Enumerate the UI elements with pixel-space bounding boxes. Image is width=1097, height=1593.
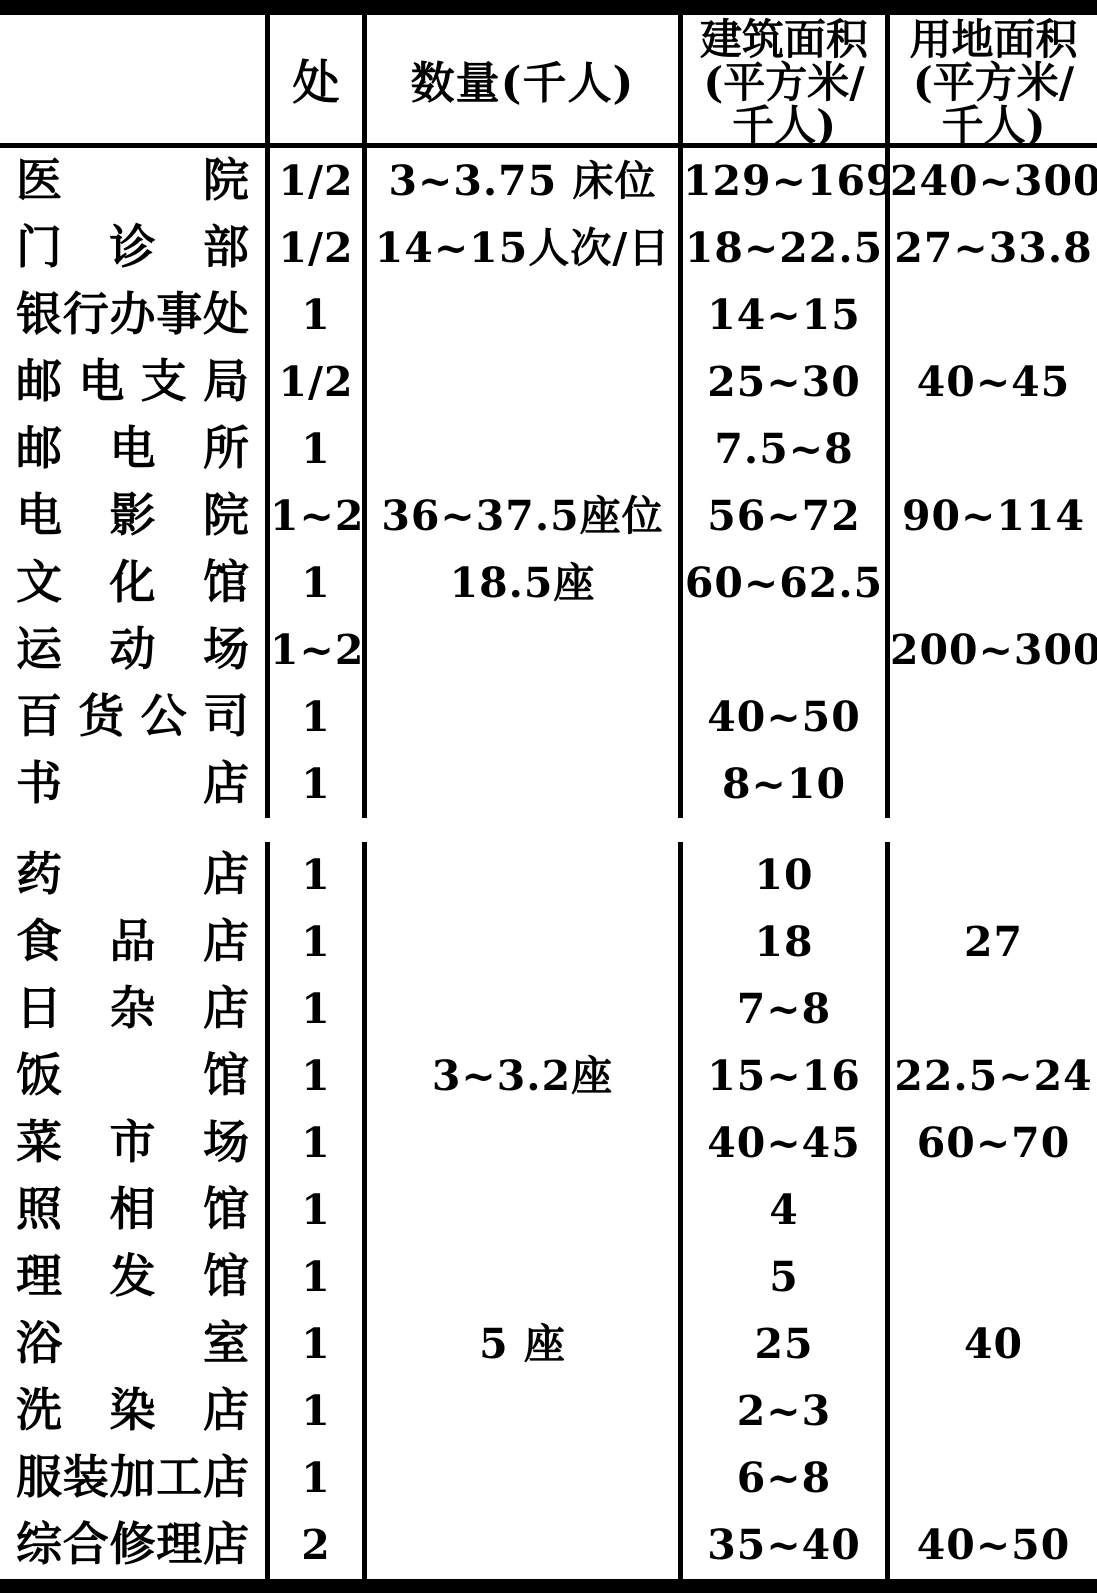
- cell-name: 食品店: [0, 909, 270, 976]
- header-count-column: 处: [270, 15, 367, 148]
- header-line: 千人): [890, 104, 1097, 147]
- cell-count: 1: [270, 1445, 367, 1512]
- cell-name: 医院: [0, 148, 270, 215]
- table-row: 文化馆118.5座60~62.5: [0, 550, 1097, 617]
- cell-name: 浴室: [0, 1311, 270, 1378]
- table-row: 照相馆14: [0, 1177, 1097, 1244]
- cell-name: 运动场: [0, 617, 270, 684]
- cell-land-area: [890, 282, 1097, 349]
- cell-land-area: 27: [890, 909, 1097, 976]
- cell-land-area: [890, 751, 1097, 818]
- cell-quantity: [367, 976, 683, 1043]
- cell-name: 电影院: [0, 483, 270, 550]
- cell-building-area: 7.5~8: [683, 416, 890, 483]
- cell-land-area: [890, 1445, 1097, 1512]
- cell-quantity: [367, 1378, 683, 1445]
- cell-land-area: 27~33.8: [890, 215, 1097, 282]
- cell-name: 邮电支局: [0, 349, 270, 416]
- cell-count: 1: [270, 1311, 367, 1378]
- cell-building-area: 18~22.5: [683, 215, 890, 282]
- cell-land-area: 40: [890, 1311, 1097, 1378]
- table-row: 书店18~10: [0, 751, 1097, 818]
- table-row: 服装加工店16~8: [0, 1445, 1097, 1512]
- cell-building-area: 5: [683, 1244, 890, 1311]
- cell-count: 1~2: [270, 483, 367, 550]
- table-row: 医院1/23~3.75 床位129~169240~300: [0, 148, 1097, 215]
- table-bottom-rule: [0, 1579, 1097, 1593]
- scanned-document-page: 处 数量(千人) 建筑面积 (平方米/ 千人) 用地面积 (平方米/ 千人) 医…: [0, 0, 1097, 1593]
- cell-land-area: 90~114: [890, 483, 1097, 550]
- header-land-area-column: 用地面积 (平方米/ 千人): [890, 15, 1097, 148]
- table-row: 银行办事处114~15: [0, 282, 1097, 349]
- cell-count: 1: [270, 416, 367, 483]
- cell-count: 1: [270, 1110, 367, 1177]
- cell-count: 1: [270, 1244, 367, 1311]
- cell-count: 1/2: [270, 349, 367, 416]
- cell-land-area: [890, 416, 1097, 483]
- cell-building-area: 25: [683, 1311, 890, 1378]
- cell-land-area: [890, 976, 1097, 1043]
- cell-quantity: 5 座: [367, 1311, 683, 1378]
- cell-building-area: 40~50: [683, 684, 890, 751]
- table-row: 邮电支局1/225~3040~45: [0, 349, 1097, 416]
- cell-name: 邮电所: [0, 416, 270, 483]
- header-line: 建筑面积: [683, 18, 885, 61]
- cell-name: 日杂店: [0, 976, 270, 1043]
- cell-land-area: [890, 1244, 1097, 1311]
- cell-name: 银行办事处: [0, 282, 270, 349]
- cell-count: 1: [270, 909, 367, 976]
- cell-name: 照相馆: [0, 1177, 270, 1244]
- table-row: 洗染店12~3: [0, 1378, 1097, 1445]
- cell-name: 理发馆: [0, 1244, 270, 1311]
- cell-building-area: 40~45: [683, 1110, 890, 1177]
- cell-name: 书店: [0, 751, 270, 818]
- cell-count: 1: [270, 550, 367, 617]
- cell-land-area: 240~300: [890, 148, 1097, 215]
- cell-building-area: 2~3: [683, 1378, 890, 1445]
- cell-quantity: [367, 684, 683, 751]
- cell-quantity: 14~15人次/日: [367, 215, 683, 282]
- cell-land-area: [890, 684, 1097, 751]
- table-section-lower: 药店110食品店11827日杂店17~8饭馆13~3.2座15~1622.5~2…: [0, 842, 1097, 1579]
- cell-building-area: [683, 617, 890, 684]
- cell-quantity: [367, 909, 683, 976]
- cell-land-area: [890, 550, 1097, 617]
- cell-count: 1: [270, 976, 367, 1043]
- cell-count: 1~2: [270, 617, 367, 684]
- cell-building-area: 14~15: [683, 282, 890, 349]
- cell-building-area: 56~72: [683, 483, 890, 550]
- table-row: 理发馆15: [0, 1244, 1097, 1311]
- cell-name: 菜市场: [0, 1110, 270, 1177]
- cell-quantity: 3~3.2座: [367, 1043, 683, 1110]
- cell-name: 门诊部: [0, 215, 270, 282]
- cell-quantity: [367, 282, 683, 349]
- cell-name: 服装加工店: [0, 1445, 270, 1512]
- cell-name: 文化馆: [0, 550, 270, 617]
- cell-building-area: 18: [683, 909, 890, 976]
- cell-quantity: [367, 1512, 683, 1579]
- cell-land-area: 40~50: [890, 1512, 1097, 1579]
- table-row: 菜市场140~4560~70: [0, 1110, 1097, 1177]
- cell-count: 1: [270, 1177, 367, 1244]
- cell-building-area: 129~169: [683, 148, 890, 215]
- cell-building-area: 6~8: [683, 1445, 890, 1512]
- cell-quantity: [367, 617, 683, 684]
- cell-name: 饭馆: [0, 1043, 270, 1110]
- cell-building-area: 35~40: [683, 1512, 890, 1579]
- cell-quantity: [367, 1177, 683, 1244]
- cell-quantity: [367, 1445, 683, 1512]
- header-quantity-column: 数量(千人): [367, 15, 683, 148]
- table-row: 药店110: [0, 842, 1097, 909]
- cell-quantity: [367, 1244, 683, 1311]
- cell-building-area: 15~16: [683, 1043, 890, 1110]
- table-row: 百货公司140~50: [0, 684, 1097, 751]
- header-line: 千人): [683, 104, 885, 147]
- cell-count: 1: [270, 282, 367, 349]
- table-row: 食品店11827: [0, 909, 1097, 976]
- cell-quantity: 36~37.5座位: [367, 483, 683, 550]
- cell-name: 百货公司: [0, 684, 270, 751]
- cell-count: 1: [270, 1043, 367, 1110]
- cell-building-area: 60~62.5: [683, 550, 890, 617]
- table-row: 门诊部1/214~15人次/日18~22.527~33.8: [0, 215, 1097, 282]
- cell-land-area: 22.5~24: [890, 1043, 1097, 1110]
- header-building-area-column: 建筑面积 (平方米/ 千人): [683, 15, 890, 148]
- table-row: 电影院1~236~37.5座位56~7290~114: [0, 483, 1097, 550]
- cell-count: 1/2: [270, 148, 367, 215]
- cell-land-area: 200~300: [890, 617, 1097, 684]
- cell-count: 1: [270, 751, 367, 818]
- table-row: 浴室15 座2540: [0, 1311, 1097, 1378]
- cell-count: 1: [270, 842, 367, 909]
- table-row: 邮电所17.5~8: [0, 416, 1097, 483]
- table-row: 日杂店17~8: [0, 976, 1097, 1043]
- header-line: (平方米/: [683, 61, 885, 104]
- table-header-row: 处 数量(千人) 建筑面积 (平方米/ 千人) 用地面积 (平方米/ 千人): [0, 15, 1097, 148]
- cell-quantity: 18.5座: [367, 550, 683, 617]
- cell-count: 1/2: [270, 215, 367, 282]
- table-row: 饭馆13~3.2座15~1622.5~24: [0, 1043, 1097, 1110]
- cell-quantity: [367, 349, 683, 416]
- cell-quantity: 3~3.75 床位: [367, 148, 683, 215]
- table-row: 运动场1~2200~300: [0, 617, 1097, 684]
- cell-quantity: [367, 751, 683, 818]
- section-rule-gap: [0, 818, 1097, 842]
- cell-building-area: 7~8: [683, 976, 890, 1043]
- cell-name: 洗染店: [0, 1378, 270, 1445]
- cell-count: 1: [270, 684, 367, 751]
- cell-land-area: [890, 842, 1097, 909]
- cell-building-area: 4: [683, 1177, 890, 1244]
- header-line: 用地面积: [890, 18, 1097, 61]
- cell-quantity: [367, 842, 683, 909]
- header-name-column: [0, 15, 270, 148]
- cell-land-area: 60~70: [890, 1110, 1097, 1177]
- cell-count: 1: [270, 1378, 367, 1445]
- table-top-rule: [0, 0, 1097, 15]
- cell-land-area: [890, 1378, 1097, 1445]
- table-section-upper: 医院1/23~3.75 床位129~169240~300门诊部1/214~15人…: [0, 148, 1097, 818]
- cell-count: 2: [270, 1512, 367, 1579]
- table-row: 综合修理店235~4040~50: [0, 1512, 1097, 1579]
- cell-building-area: 25~30: [683, 349, 890, 416]
- cell-land-area: [890, 1177, 1097, 1244]
- cell-quantity: [367, 416, 683, 483]
- cell-building-area: 10: [683, 842, 890, 909]
- cell-land-area: 40~45: [890, 349, 1097, 416]
- header-line: (平方米/: [890, 61, 1097, 104]
- cell-name: 药店: [0, 842, 270, 909]
- cell-building-area: 8~10: [683, 751, 890, 818]
- cell-name: 综合修理店: [0, 1512, 270, 1579]
- cell-quantity: [367, 1110, 683, 1177]
